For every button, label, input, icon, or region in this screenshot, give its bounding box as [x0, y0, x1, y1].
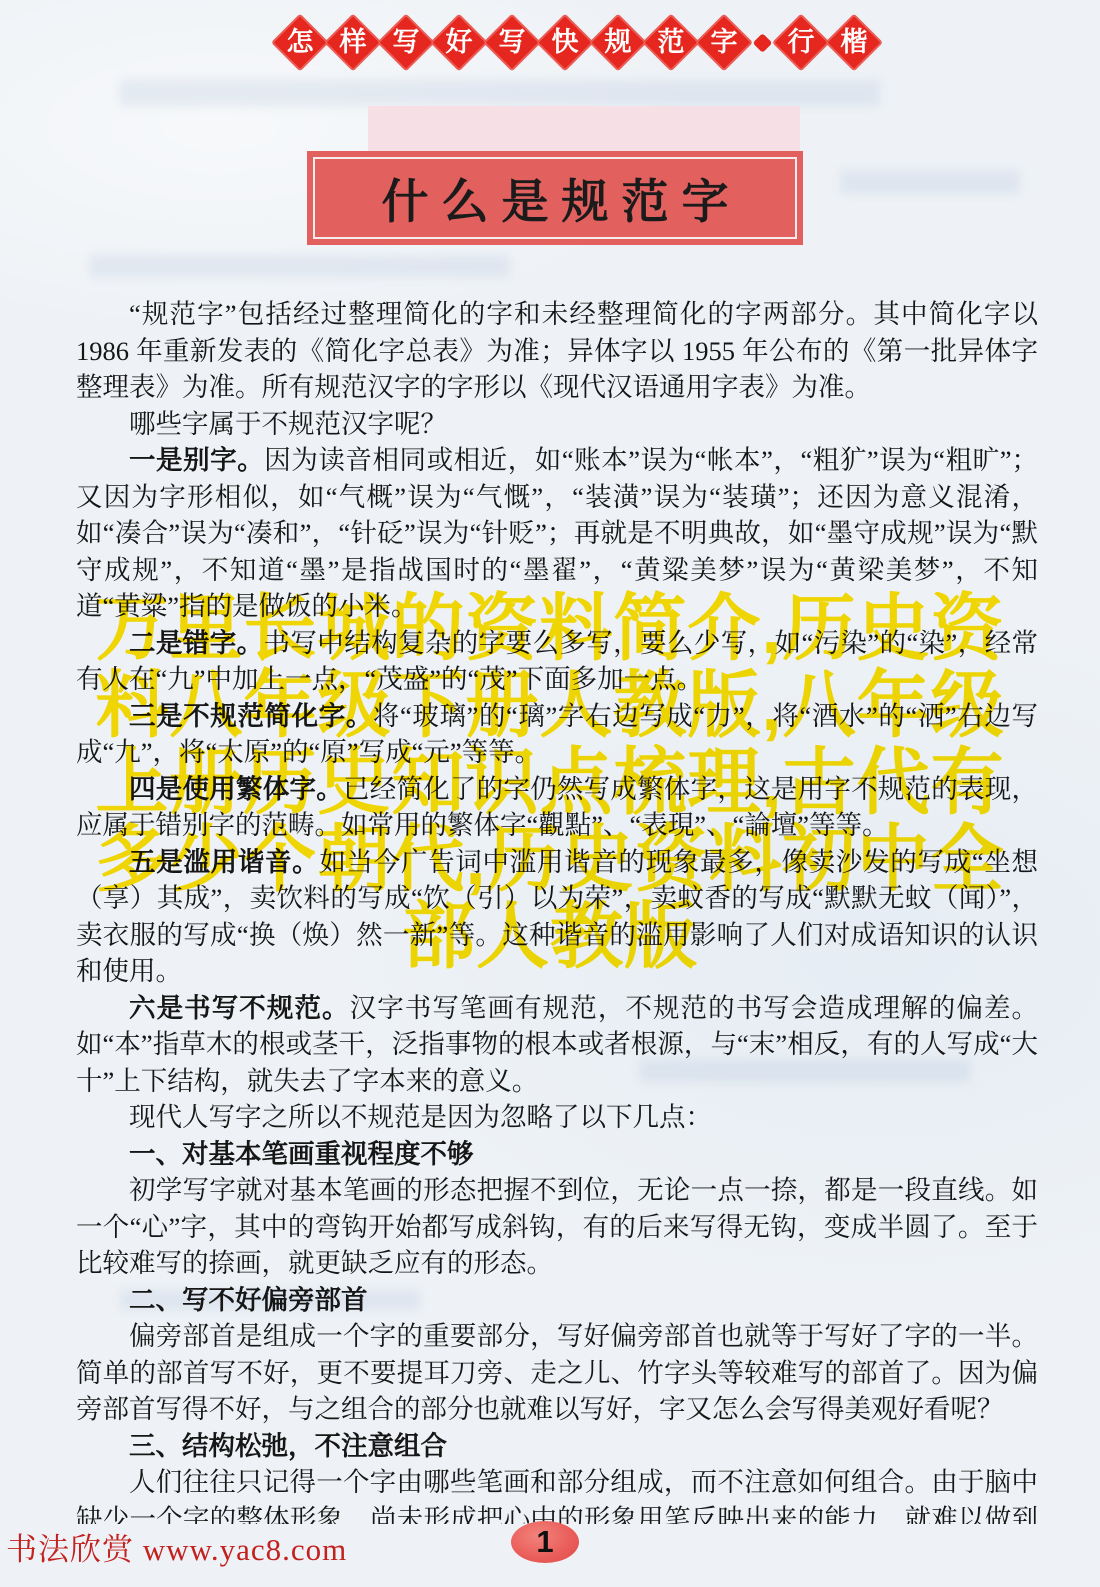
paragraph: 一是别字。因为读音相同或相近，如“账本”误为“帐本”，“粗犷”误为“粗旷”；又因… [76, 442, 1038, 625]
paragraph: 人们往往只记得一个字由哪些笔画和部分组成，而不注意如何组合。由于脑中缺少一个字的… [76, 1464, 1038, 1524]
header-char: 写 [393, 29, 420, 56]
paragraph: 现代人写字之所以不规范是因为忽略了以下几点： [76, 1099, 1038, 1136]
bleed-through-smudge [120, 80, 880, 106]
header-char: 写 [499, 29, 526, 56]
paragraph: 五是滥用谐音。如当今广告词中滥用谐音的现象最多，像卖沙发的写成“坐想（享）其成”… [76, 844, 1038, 990]
header-char: 好 [446, 29, 473, 56]
header-diamond: 范 [642, 14, 700, 72]
header-char: 样 [340, 29, 367, 56]
article-body: “规范字”包括经过整理简化的字和未经整理简化的字两部分。其中简化字以 1986 … [76, 296, 1038, 1524]
header-diamond: 样 [324, 14, 382, 72]
header-diamond: 怎 [271, 14, 329, 72]
header-char: 楷 [841, 29, 868, 56]
header-diamond: 快 [536, 14, 594, 72]
section-heading: 一、对基本笔画重视程度不够 [76, 1136, 1038, 1173]
section-heading: 三、结构松弛，不注意组合 [76, 1428, 1038, 1465]
paragraph: 六是书写不规范。汉字书写笔画有规范，不规范的书写会造成理解的偏差。如“本”指草木… [76, 990, 1038, 1100]
scanned-page-background: 怎 样 写 好 写 快 规 范 字 · 行 楷 什么是规范字 “规范字”包括经过… [0, 0, 1100, 1587]
paragraph: “规范字”包括经过整理简化的字和未经整理简化的字两部分。其中简化字以 1986 … [76, 296, 1038, 406]
header-diamond: 字 [695, 14, 753, 72]
site-credit-text: 书法欣赏 www.yac8.com [6, 1524, 347, 1569]
bleed-through-smudge [840, 170, 1020, 194]
header-dot-diamond-icon: · [753, 33, 773, 53]
header-diamond: 写 [483, 14, 541, 72]
header-char: 行 [788, 29, 815, 56]
paragraph: 初学写字就对基本笔画的形态把握不到位，无论一点一捺，都是一段直线。如一个“心”字… [76, 1172, 1038, 1282]
section-heading: 二、写不好偏旁部首 [76, 1282, 1038, 1319]
title-box: 什么是规范字 [307, 151, 803, 245]
title-box-inner-border: 什么是规范字 [313, 157, 797, 239]
paragraph: 哪些字属于不规范汉字呢？ [76, 406, 1038, 443]
faded-pink-band [368, 106, 800, 153]
page-number-badge: 1 [511, 1521, 579, 1563]
header-diamond: 楷 [825, 14, 883, 72]
header-char: 字 [711, 29, 738, 56]
header-diamond: 写 [377, 14, 435, 72]
header-band: 怎 样 写 好 写 快 规 范 字 · 行 楷 [274, 22, 881, 63]
paragraph: 偏旁部首是组成一个字的重要部分，写好偏旁部首也就等于写好了字的一半。简单的部首写… [76, 1318, 1038, 1428]
header-diamond: 规 [589, 14, 647, 72]
header-diamond: 好 [430, 14, 488, 72]
paragraph: 三是不规范简化字。将“玻璃”的“璃”字右边写成“力”，将“酒水”的“洒”右边写成… [76, 698, 1038, 771]
paragraph: 二是错字。书写中结构复杂的字要么多写，要么少写，如“污染”的“染”，经常有人在“… [76, 625, 1038, 698]
paragraph: 四是使用繁体字。已经简化了的字仍然写成繁体字，这是用字不规范的表现，应属于错别字… [76, 771, 1038, 844]
page-number: 1 [536, 1524, 553, 1560]
bleed-through-smudge [90, 255, 510, 277]
header-char: 怎 [287, 29, 314, 56]
header-diamond: 行 [772, 14, 830, 72]
header-char: 规 [605, 29, 632, 56]
header-char: 快 [552, 29, 579, 56]
header-char: 范 [658, 29, 685, 56]
page-title: 什么是规范字 [369, 165, 742, 232]
